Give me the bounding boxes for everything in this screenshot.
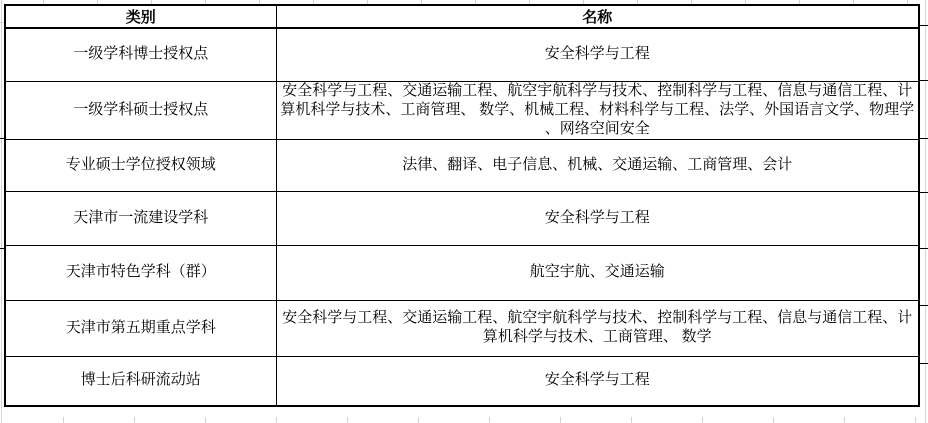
table-row: 一级学科硕士授权点 安全科学与工程、交通运输工程、航空宇航科学与技术、控制科学与… [5, 81, 919, 139]
category-cell: 天津市一流建设学科 [5, 191, 276, 245]
name-cell: 安全科学与工程、交通运输工程、航空宇航科学与技术、控制科学与工程、信息与通信工程… [276, 81, 919, 139]
category-cell: 一级学科博士授权点 [5, 28, 276, 81]
table-row: 专业硕士学位授权领域 法律、翻译、电子信息、机械、交通运输、工商管理、会计 [5, 139, 919, 191]
category-cell: 专业硕士学位授权领域 [5, 139, 276, 191]
disciplines-table: 类别 名称 一级学科博士授权点 安全科学与工程 一级学科硕士授权点 安全科学与工… [4, 4, 920, 407]
gridline-right-edge [925, 0, 926, 423]
column-header-category: 类别 [5, 5, 276, 28]
category-cell: 一级学科硕士授权点 [5, 81, 276, 139]
category-cell: 博士后科研流动站 [5, 356, 276, 406]
table-row: 天津市特色学科（群） 航空宇航、交通运输 [5, 245, 919, 300]
row-rule-extension [920, 25, 928, 26]
table-row: 天津市一流建设学科 安全科学与工程 [5, 191, 919, 245]
row-rule-extension [920, 80, 928, 81]
name-cell: 安全科学与工程 [276, 356, 919, 406]
row-rule-extension [920, 138, 928, 139]
table-row: 一级学科博士授权点 安全科学与工程 [5, 28, 919, 81]
gridline-left-edge [1, 0, 2, 423]
table-row: 天津市第五期重点学科 安全科学与工程、交通运输工程、航空宇航科学与技术、控制科学… [5, 300, 919, 356]
gridline-bottom-ticks [0, 417, 928, 423]
row-rule-extension [920, 248, 928, 249]
column-header-name: 名称 [276, 5, 919, 28]
name-cell: 安全科学与工程 [276, 28, 919, 81]
name-cell: 安全科学与工程、交通运输工程、航空宇航科学与技术、控制科学与工程、信息与通信工程… [276, 300, 919, 356]
row-rule-extension [920, 192, 928, 193]
name-cell: 航空宇航、交通运输 [276, 245, 919, 300]
category-cell: 天津市第五期重点学科 [5, 300, 276, 356]
category-cell: 天津市特色学科（群） [5, 245, 276, 300]
header-row: 类别 名称 [5, 5, 919, 28]
row-rule-extension [920, 305, 928, 306]
row-rule-extension [920, 363, 928, 364]
name-cell: 安全科学与工程 [276, 191, 919, 245]
name-cell: 法律、翻译、电子信息、机械、交通运输、工商管理、会计 [276, 139, 919, 191]
table-row: 博士后科研流动站 安全科学与工程 [5, 356, 919, 406]
